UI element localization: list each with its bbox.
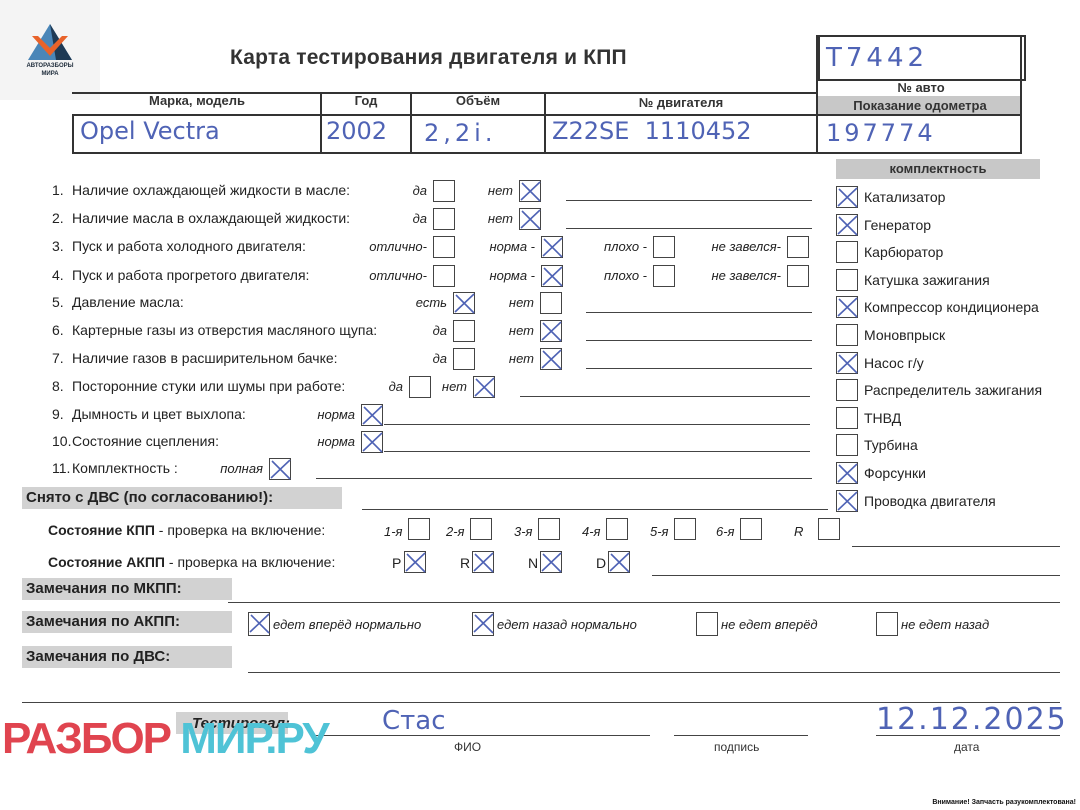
check-label-4: Пуск и работа прогретого двигателя:: [72, 267, 309, 283]
check-mark-icon: [268, 457, 292, 481]
check-8-option-2-checkbox[interactable]: [473, 376, 495, 398]
logo-mountain-icon: [26, 22, 74, 62]
gear-6-я-checkbox[interactable]: [740, 518, 762, 540]
option-label: норма: [317, 407, 355, 422]
mode-R-checkbox[interactable]: [472, 551, 494, 573]
date-caption: дата: [954, 740, 979, 754]
option-label: отлично-: [369, 268, 427, 283]
check-number: 5.: [52, 294, 64, 310]
col-volume: Объём: [412, 93, 544, 108]
akpp-label: Состояние АКПП - проверка на включение:: [48, 554, 335, 570]
check-number: 8.: [52, 378, 64, 394]
check-mark-icon: [539, 550, 563, 574]
logo-text: АВТОРАЗБОРЫМИРА: [0, 62, 100, 78]
name-caption: ФИО: [454, 740, 481, 754]
option-label: не завелся-: [711, 268, 781, 283]
check-5-option-1-checkbox[interactable]: [453, 292, 475, 314]
check-label-5: Давление масла:: [72, 294, 184, 310]
check-2-option-1-checkbox[interactable]: [433, 208, 455, 230]
check-label-7: Наличие газов в расширительном бачке:: [72, 350, 338, 366]
option-label: да: [413, 211, 427, 226]
col-make-model: Марка, модель: [74, 93, 320, 108]
check-number: 10.: [52, 433, 71, 449]
mode-P-checkbox[interactable]: [404, 551, 426, 573]
value-make-model: Opel Vectra: [80, 117, 220, 145]
completeness-11-checkbox[interactable]: [836, 462, 858, 484]
test-date: 12.12.2025: [876, 702, 1068, 737]
check-7-option-2-checkbox[interactable]: [540, 348, 562, 370]
check-6-option-2-checkbox[interactable]: [540, 320, 562, 342]
akpp-remark-label: не едет вперёд: [721, 617, 818, 632]
gear-label: 6-я: [716, 524, 735, 539]
vehicle-number-value: T7442: [826, 43, 928, 73]
check-mark-icon: [360, 430, 384, 454]
check-3-option-1-checkbox[interactable]: [433, 236, 455, 258]
tester-name: Стас: [382, 706, 446, 736]
mode-label: P: [392, 555, 401, 571]
completeness-item-label: ТНВД: [864, 410, 901, 426]
option-label: полная: [220, 461, 263, 476]
remarks-dvs-line: [248, 672, 1060, 673]
check-number: 9.: [52, 406, 64, 422]
check-7-option-1-checkbox[interactable]: [453, 348, 475, 370]
value-engine-number: Z22SE 1110452: [552, 117, 752, 145]
completeness-1-checkbox[interactable]: [836, 186, 858, 208]
option-label: да: [433, 351, 447, 366]
gear-label: 5-я: [650, 524, 669, 539]
check-2-option-2-checkbox[interactable]: [519, 208, 541, 230]
completeness-item-label: Катушка зажигания: [864, 272, 990, 288]
option-label: нет: [509, 323, 534, 338]
check-label-10: Состояние сцепления:: [72, 433, 219, 449]
gear-4-я-checkbox[interactable]: [606, 518, 628, 540]
option-label: не завелся-: [711, 239, 781, 254]
akpp-remark-3-checkbox[interactable]: [696, 612, 718, 636]
value-odometer: 197774: [826, 119, 936, 147]
completeness-item-label: Проводка двигателя: [864, 493, 996, 509]
completeness-12-checkbox[interactable]: [836, 490, 858, 512]
value-year: 2002: [326, 117, 387, 145]
mode-N-checkbox[interactable]: [540, 551, 562, 573]
completeness-item-label: Форсунки: [864, 465, 926, 481]
completeness-item-label: Насос г/у: [864, 355, 924, 371]
option-label: да: [433, 323, 447, 338]
option-label: нет: [509, 295, 534, 310]
check-label-3: Пуск и работа холодного двигателя:: [72, 238, 306, 254]
check-8-option-1-checkbox[interactable]: [409, 376, 431, 398]
completeness-6-checkbox[interactable]: [836, 324, 858, 346]
completeness-item-label: Катализатор: [864, 189, 945, 205]
check-mark-icon: [247, 611, 271, 635]
check-mark-icon: [518, 207, 542, 231]
option-label: отлично-: [369, 239, 427, 254]
check-mark-icon: [540, 264, 564, 288]
check-label-9: Дымность и цвет выхлопа:: [72, 406, 246, 422]
check-mark-icon: [835, 351, 859, 375]
remarks-akpp-label: Замечания по АКПП:: [22, 611, 232, 633]
removed-line: [362, 509, 828, 510]
completeness-5-checkbox[interactable]: [836, 296, 858, 318]
remarks-mkpp-label: Замечания по МКПП:: [22, 578, 232, 600]
check-mark-icon: [835, 489, 859, 513]
gear-label: 2-я: [446, 524, 465, 539]
gear-3-я-checkbox[interactable]: [538, 518, 560, 540]
kpp-label: Состояние КПП - проверка на включение:: [48, 522, 325, 538]
check-11-option-1-checkbox[interactable]: [269, 458, 291, 480]
logo: АВТОРАЗБОРЫМИРА: [0, 0, 100, 100]
akpp-remark-label: едет назад нормально: [497, 617, 637, 632]
completeness-2-checkbox[interactable]: [836, 214, 858, 236]
completeness-7-checkbox[interactable]: [836, 352, 858, 374]
removed-from-engine-label: Снято с ДВС (по согласованию!):: [22, 487, 342, 509]
vehicle-number-label: № авто: [818, 80, 1024, 95]
option-label: плохо -: [604, 268, 647, 283]
check-mark-icon: [471, 611, 495, 635]
vehicle-number-box: T7442: [818, 35, 1026, 81]
check-number: 7.: [52, 350, 64, 366]
gear-R-checkbox[interactable]: [818, 518, 840, 540]
check-mark-icon: [835, 461, 859, 485]
check-5-option-2-checkbox[interactable]: [540, 292, 562, 314]
completeness-item-label: Турбина: [864, 437, 918, 453]
check-label-8: Посторонние стуки или шумы при работе:: [72, 378, 345, 394]
check-number: 2.: [52, 210, 64, 226]
check-mark-icon: [607, 550, 631, 574]
check-3-option-2-checkbox[interactable]: [541, 236, 563, 258]
completeness-8-checkbox[interactable]: [836, 379, 858, 401]
check-9-option-1-checkbox[interactable]: [361, 404, 383, 426]
check-1-option-2-checkbox[interactable]: [519, 180, 541, 202]
check-number: 6.: [52, 322, 64, 338]
check-label-2: Наличие масла в охлаждающей жидкости:: [72, 210, 350, 226]
remarks-mkpp-line: [228, 602, 1060, 603]
check-mark-icon: [472, 375, 496, 399]
completeness-10-checkbox[interactable]: [836, 434, 858, 456]
gear-label: 3-я: [514, 524, 533, 539]
check-4-option-3-checkbox[interactable]: [653, 265, 675, 287]
option-label: норма -: [489, 239, 535, 254]
check-mark-icon: [403, 550, 427, 574]
option-label: норма: [317, 434, 355, 449]
akpp-remark-label: едет вперёд нормально: [273, 617, 421, 632]
gear-label: 4-я: [582, 524, 601, 539]
akpp-remark-4-checkbox[interactable]: [876, 612, 898, 636]
check-4-option-2-checkbox[interactable]: [541, 265, 563, 287]
check-mark-icon: [518, 179, 542, 203]
gear-5-я-checkbox[interactable]: [674, 518, 696, 540]
footer-note: Внимание! Запчасть разукомплектована!: [932, 799, 1076, 806]
check-label-11: Комплектность :: [72, 460, 178, 476]
check-mark-icon: [539, 319, 563, 343]
check-number: 1.: [52, 182, 64, 198]
page-title: Карта тестирования двигателя и КПП: [230, 46, 627, 70]
option-label: нет: [488, 211, 513, 226]
check-label-6: Картерные газы из отверстия масляного щу…: [72, 322, 377, 338]
check-mark-icon: [471, 550, 495, 574]
option-label: да: [389, 379, 403, 394]
gear-label: 1-я: [384, 524, 403, 539]
check-number: 3.: [52, 238, 64, 254]
completeness-item-label: Моновпрыск: [864, 327, 945, 343]
check-4-option-1-checkbox[interactable]: [433, 265, 455, 287]
check-mark-icon: [452, 291, 476, 315]
col-odometer: Показание одометра: [818, 98, 1022, 113]
col-engine-number: № двигателя: [546, 95, 816, 110]
check-mark-icon: [360, 403, 384, 427]
option-label: нет: [442, 379, 467, 394]
option-label: да: [413, 183, 427, 198]
check-6-option-1-checkbox[interactable]: [453, 320, 475, 342]
check-number: 4.: [52, 267, 64, 283]
check-label-1: Наличие охлаждающей жидкости в масле:: [72, 182, 350, 198]
check-mark-icon: [835, 213, 859, 237]
akpp-remark-1-checkbox[interactable]: [248, 612, 270, 636]
gear-1-я-checkbox[interactable]: [408, 518, 430, 540]
brand-watermark: РАЗБОР МИР.РУ: [2, 714, 328, 764]
completeness-9-checkbox[interactable]: [836, 407, 858, 429]
check-mark-icon: [835, 295, 859, 319]
option-label: норма -: [489, 268, 535, 283]
check-10-option-1-checkbox[interactable]: [361, 431, 383, 453]
completeness-item-label: Распределитель зажигания: [864, 382, 1042, 398]
option-label: плохо -: [604, 239, 647, 254]
akpp-remark-2-checkbox[interactable]: [472, 612, 494, 636]
completeness-item-label: Генератор: [864, 217, 931, 233]
check-mark-icon: [540, 235, 564, 259]
mode-label: R: [460, 555, 470, 571]
check-3-option-4-checkbox[interactable]: [787, 236, 809, 258]
option-label: есть: [416, 295, 447, 310]
col-year: Год: [322, 93, 410, 108]
completeness-item-label: Компрессор кондиционера: [864, 299, 1039, 315]
mode-D-checkbox[interactable]: [608, 551, 630, 573]
option-label: нет: [488, 183, 513, 198]
completeness-4-checkbox[interactable]: [836, 269, 858, 291]
mode-label: N: [528, 555, 538, 571]
option-label: нет: [509, 351, 534, 366]
check-number: 11.: [52, 460, 70, 476]
completeness-item-label: Карбюратор: [864, 244, 943, 260]
mode-label: D: [596, 555, 606, 571]
check-1-option-1-checkbox[interactable]: [433, 180, 455, 202]
gear-2-я-checkbox[interactable]: [470, 518, 492, 540]
completeness-3-checkbox[interactable]: [836, 241, 858, 263]
check-mark-icon: [835, 185, 859, 209]
completeness-header: комплектность: [836, 159, 1040, 179]
gear-label: R: [794, 524, 803, 539]
remarks-dvs-label: Замечания по ДВС:: [22, 646, 232, 668]
value-volume: 2,2i.: [424, 119, 496, 147]
check-4-option-4-checkbox[interactable]: [787, 265, 809, 287]
akpp-remark-label: не едет назад: [901, 617, 989, 632]
check-mark-icon: [539, 347, 563, 371]
signature-caption: подпись: [714, 740, 759, 754]
check-3-option-3-checkbox[interactable]: [653, 236, 675, 258]
